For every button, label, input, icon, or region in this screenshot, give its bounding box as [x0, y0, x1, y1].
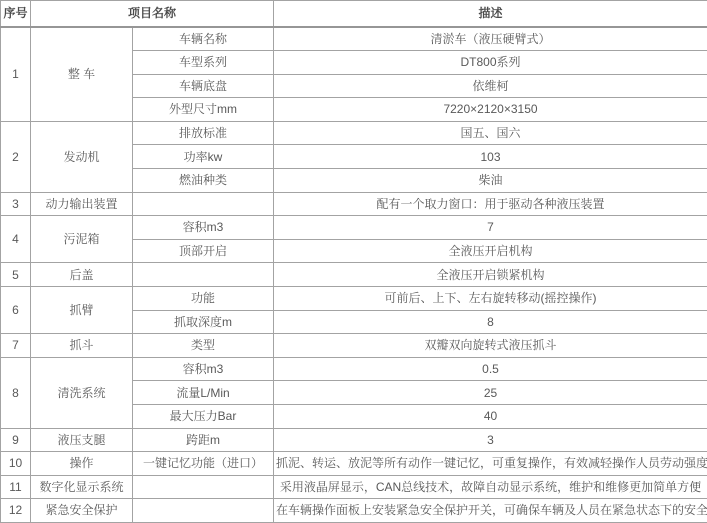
item-sub-name: 容积m3 — [133, 216, 274, 240]
item-sub-name: 容积m3 — [133, 357, 274, 381]
table-row: 7抓斗类型双瓣双向旋转式液压抓斗 — [1, 334, 707, 358]
item-sub-name — [133, 192, 274, 216]
item-description: 双瓣双向旋转式液压抓斗 — [274, 334, 707, 358]
table-row: 9液压支腿跨距m3 — [1, 428, 707, 452]
row-index: 3 — [1, 192, 31, 216]
row-index: 11 — [1, 475, 31, 499]
item-group-name: 抓臂 — [31, 287, 133, 334]
item-sub-name: 车辆名称 — [133, 27, 274, 51]
header-col-item: 项目名称 — [31, 1, 274, 28]
item-sub-name: 一键记忆功能（进口） — [133, 452, 274, 476]
item-sub-name: 跨距m — [133, 428, 274, 452]
item-group-name: 动力输出装置 — [31, 192, 133, 216]
item-description: 25 — [274, 381, 707, 405]
table-row: 2发动机排放标准国五、国六 — [1, 121, 707, 145]
item-description: 0.5 — [274, 357, 707, 381]
item-sub-name: 功率kw — [133, 145, 274, 169]
row-index: 12 — [1, 499, 31, 523]
row-index: 4 — [1, 216, 31, 263]
row-index: 10 — [1, 452, 31, 476]
row-index: 5 — [1, 263, 31, 287]
table-row: 6抓臂功能可前后、上下、左右旋转移动(摇控操作) — [1, 287, 707, 311]
item-description: 清淤车（液压硬臂式） — [274, 27, 707, 51]
table-row: 8清洗系统容积m30.5 — [1, 357, 707, 381]
item-sub-name — [133, 263, 274, 287]
item-group-name: 抓斗 — [31, 334, 133, 358]
item-description: 配有一个取力窗口：用于驱动各种液压装置 — [274, 192, 707, 216]
item-description: 7 — [274, 216, 707, 240]
item-description: 采用液晶屏显示，CAN总线技术，故障自动显示系统，维护和维修更加简单方便 — [274, 475, 707, 499]
item-description: 7220×2120×3150 — [274, 98, 707, 122]
row-index: 1 — [1, 27, 31, 121]
item-group-name: 整 车 — [31, 27, 133, 121]
table-row: 5后盖全液压开启锁紧机构 — [1, 263, 707, 287]
item-group-name: 后盖 — [31, 263, 133, 287]
item-description: 抓泥、转运、放泥等所有动作一键记忆，可重复操作，有效减轻操作人员劳动强度。 — [274, 452, 707, 476]
item-sub-name: 燃油种类 — [133, 169, 274, 193]
item-description: 40 — [274, 405, 707, 429]
row-index: 8 — [1, 357, 31, 428]
item-group-name: 数字化显示系统 — [31, 475, 133, 499]
item-description: 在车辆操作面板上安装紧急安全保护开关，可确保车辆及人员在紧急状态下的安全 — [274, 499, 707, 523]
item-description: 8 — [274, 310, 707, 334]
item-sub-name: 车辆底盘 — [133, 74, 274, 98]
table-row: 4污泥箱容积m37 — [1, 216, 707, 240]
table-row: 1整 车车辆名称清淤车（液压硬臂式） — [1, 27, 707, 51]
item-group-name: 污泥箱 — [31, 216, 133, 263]
item-group-name: 液压支腿 — [31, 428, 133, 452]
item-description: 全液压开启机构 — [274, 239, 707, 263]
row-index: 6 — [1, 287, 31, 334]
item-sub-name: 排放标准 — [133, 121, 274, 145]
item-description: 国五、国六 — [274, 121, 707, 145]
item-sub-name: 类型 — [133, 334, 274, 358]
table-row: 11数字化显示系统采用液晶屏显示，CAN总线技术，故障自动显示系统，维护和维修更… — [1, 475, 707, 499]
item-sub-name: 车型系列 — [133, 51, 274, 75]
item-description: 3 — [274, 428, 707, 452]
item-sub-name — [133, 499, 274, 523]
table-row: 10操作一键记忆功能（进口）抓泥、转运、放泥等所有动作一键记忆，可重复操作，有效… — [1, 452, 707, 476]
table-row: 12紧急安全保护在车辆操作面板上安装紧急安全保护开关，可确保车辆及人员在紧急状态… — [1, 499, 707, 523]
item-sub-name: 流量L/Min — [133, 381, 274, 405]
item-description: 103 — [274, 145, 707, 169]
row-index: 7 — [1, 334, 31, 358]
item-sub-name — [133, 475, 274, 499]
row-index: 2 — [1, 121, 31, 192]
item-sub-name: 最大压力Bar — [133, 405, 274, 429]
header-col-desc: 描述 — [274, 1, 707, 28]
item-group-name: 紧急安全保护 — [31, 499, 133, 523]
item-sub-name: 外型尺寸mm — [133, 98, 274, 122]
item-sub-name: 抓取深度m — [133, 310, 274, 334]
row-index: 9 — [1, 428, 31, 452]
header-row: 序号 项目名称 描述 — [1, 1, 707, 28]
item-group-name: 清洗系统 — [31, 357, 133, 428]
item-sub-name: 顶部开启 — [133, 239, 274, 263]
item-description: 可前后、上下、左右旋转移动(摇控操作) — [274, 287, 707, 311]
item-group-name: 操作 — [31, 452, 133, 476]
vehicle-spec-table: 序号 项目名称 描述 1整 车车辆名称清淤车（液压硬臂式）车型系列DT800系列… — [0, 0, 707, 523]
item-description: DT800系列 — [274, 51, 707, 75]
item-description: 依维柯 — [274, 74, 707, 98]
item-group-name: 发动机 — [31, 121, 133, 192]
item-description: 柴油 — [274, 169, 707, 193]
item-description: 全液压开启锁紧机构 — [274, 263, 707, 287]
table-row: 3动力输出装置配有一个取力窗口：用于驱动各种液压装置 — [1, 192, 707, 216]
item-sub-name: 功能 — [133, 287, 274, 311]
header-col-index: 序号 — [1, 1, 31, 28]
